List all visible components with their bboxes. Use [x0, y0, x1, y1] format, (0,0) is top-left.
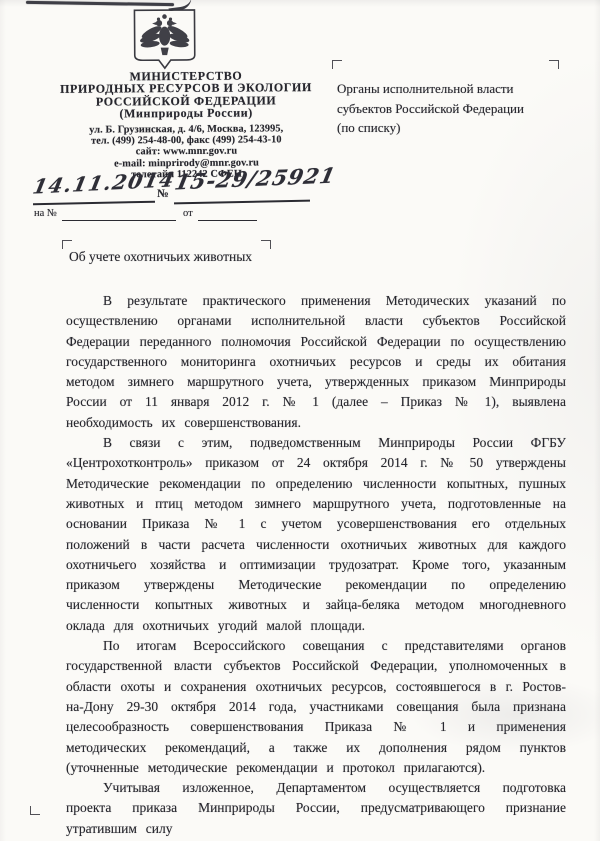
reply-number-label: на № [34, 208, 57, 219]
number-underline [174, 200, 310, 204]
recipient-line: субъектов Российской Федерации [337, 99, 561, 119]
reply-from-label: от [183, 208, 193, 219]
number-label: № [157, 188, 169, 200]
corner-mark-recipient-top-left [332, 60, 342, 69]
recipient-block: Органы исполнительной власти субъектов Р… [337, 79, 561, 138]
scan-artifact [26, 1, 174, 6]
letter-body: В результате практического применения Ме… [66, 291, 566, 839]
reply-from-underline [198, 220, 257, 221]
body-paragraph: По итогам Всероссийского совещания с пре… [66, 636, 566, 778]
body-paragraph: В результате практического применения Ме… [66, 291, 566, 433]
corner-mark-subject-top-right [261, 240, 271, 249]
corner-mark-page-bottom-left [30, 806, 40, 815]
ministry-name-block: МИНИСТЕРСТВО ПРИРОДНЫХ РЕСУРСОВ И ЭКОЛОГ… [21, 69, 351, 121]
date-underline [33, 201, 155, 205]
subject-line: Об учете охотничьих животных [69, 249, 252, 265]
scanned-letter-page: МИНИСТЕРСТВО ПРИРОДНЫХ РЕСУРСОВ И ЭКОЛОГ… [0, 0, 600, 841]
reply-number-underline [62, 220, 176, 221]
ministry-short-name: (Минприроды России) [21, 106, 351, 121]
body-paragraph: В связи с этим, подведомственным Минприр… [66, 433, 566, 636]
recipient-line: (по списку) [337, 118, 561, 138]
coat-of-arms-icon [127, 8, 201, 71]
corner-mark-subject-top-left [62, 240, 72, 249]
corner-mark-recipient-top-right [549, 60, 559, 69]
recipient-line: Органы исполнительной власти [337, 79, 561, 99]
body-paragraph: Учитывая изложенное, Департаментом осуще… [66, 778, 566, 839]
